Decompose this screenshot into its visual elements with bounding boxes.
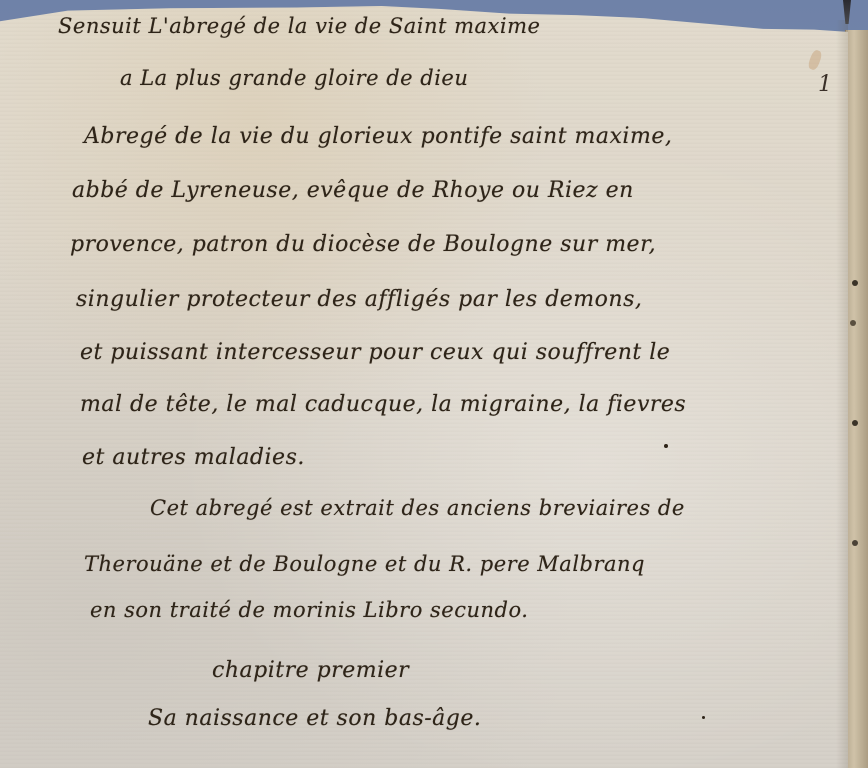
manuscript-photo: 1 Sensuit L'abregé de la vie de Saint ma… bbox=[0, 0, 868, 768]
title-line-5: et puissant intercesseur pour ceux qui s… bbox=[80, 340, 670, 365]
source-line-3: en son traité de morinis Libro secundo. bbox=[90, 598, 528, 622]
ink-spot bbox=[702, 716, 705, 719]
binding-marks bbox=[852, 280, 858, 286]
title-line-7: et autres maladies. bbox=[82, 445, 305, 470]
ink-spot bbox=[664, 444, 668, 448]
chapter-title: chapitre premier bbox=[212, 658, 409, 683]
title-line-6: mal de tête, le mal caducque, la migrain… bbox=[80, 392, 686, 417]
title-line-1: Abregé de la vie du glorieux pontife sai… bbox=[84, 124, 672, 149]
title-line-2: abbé de Lyreneuse, evêque de Rhoye ou Ri… bbox=[72, 178, 634, 203]
folio-number: 1 bbox=[818, 72, 832, 97]
title-line-3: provence, patron du diocèse de Boulogne … bbox=[70, 232, 656, 257]
manuscript-page bbox=[0, 6, 848, 768]
source-line-2: Therouäne et de Boulogne et du R. pere M… bbox=[84, 552, 645, 576]
title-line-4: singulier protecteur des affligés par le… bbox=[76, 287, 642, 312]
heading-line-1: Sensuit L'abregé de la vie de Saint maxi… bbox=[58, 14, 540, 38]
source-line-1: Cet abregé est extrait des anciens brevi… bbox=[150, 496, 685, 520]
underlying-page-edge bbox=[845, 30, 868, 768]
page-edge-shadow bbox=[836, 20, 848, 768]
chapter-subtitle: Sa naissance et son bas-âge. bbox=[148, 706, 481, 731]
heading-line-2: a La plus grande gloire de dieu bbox=[120, 66, 468, 90]
